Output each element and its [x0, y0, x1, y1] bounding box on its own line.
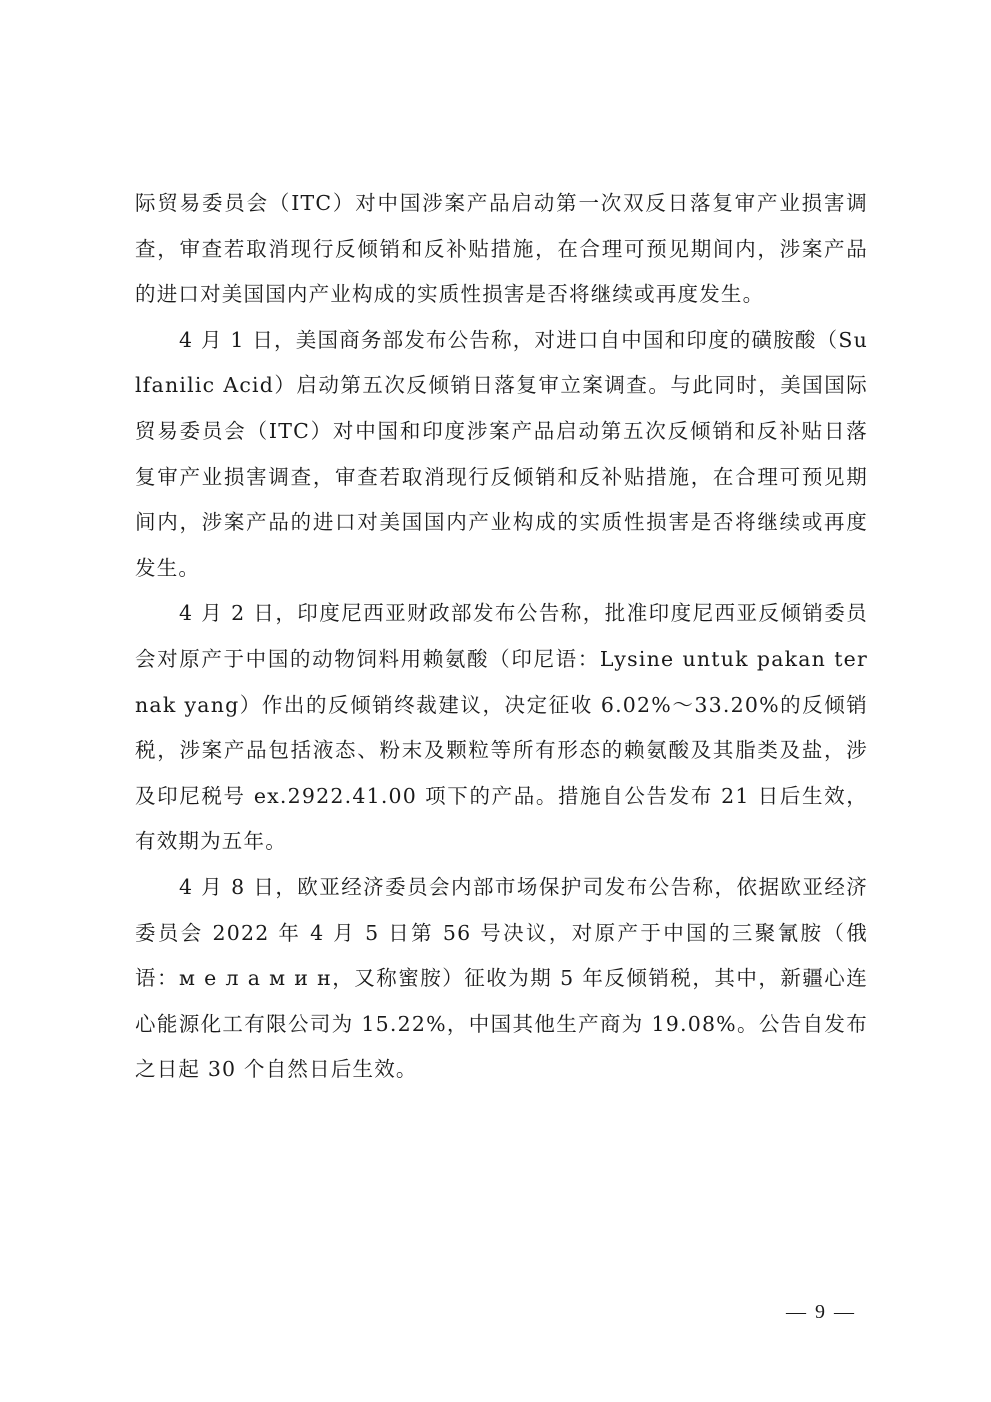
- paragraph-april-1-sulfanilic-acid: 4 月 1 日，美国商务部发布公告称，对进口自中国和印度的磺胺酸（Sulfani…: [135, 318, 868, 592]
- paragraph-april-8-melamine: 4 月 8 日，欧亚经济委员会内部市场保护司发布公告称，依据欧亚经济委员会 20…: [135, 865, 868, 1093]
- document-body: 际贸易委员会（ITC）对中国涉案产品启动第一次双反日落复审产业损害调查，审查若取…: [135, 181, 868, 1093]
- page-number: — 9 —: [786, 1301, 856, 1324]
- paragraph-itc-review-continuation: 际贸易委员会（ITC）对中国涉案产品启动第一次双反日落复审产业损害调查，审查若取…: [135, 181, 868, 318]
- paragraph-april-2-lysine: 4 月 2 日，印度尼西亚财政部发布公告称，批准印度尼西亚反倾销委员会对原产于中…: [135, 591, 868, 865]
